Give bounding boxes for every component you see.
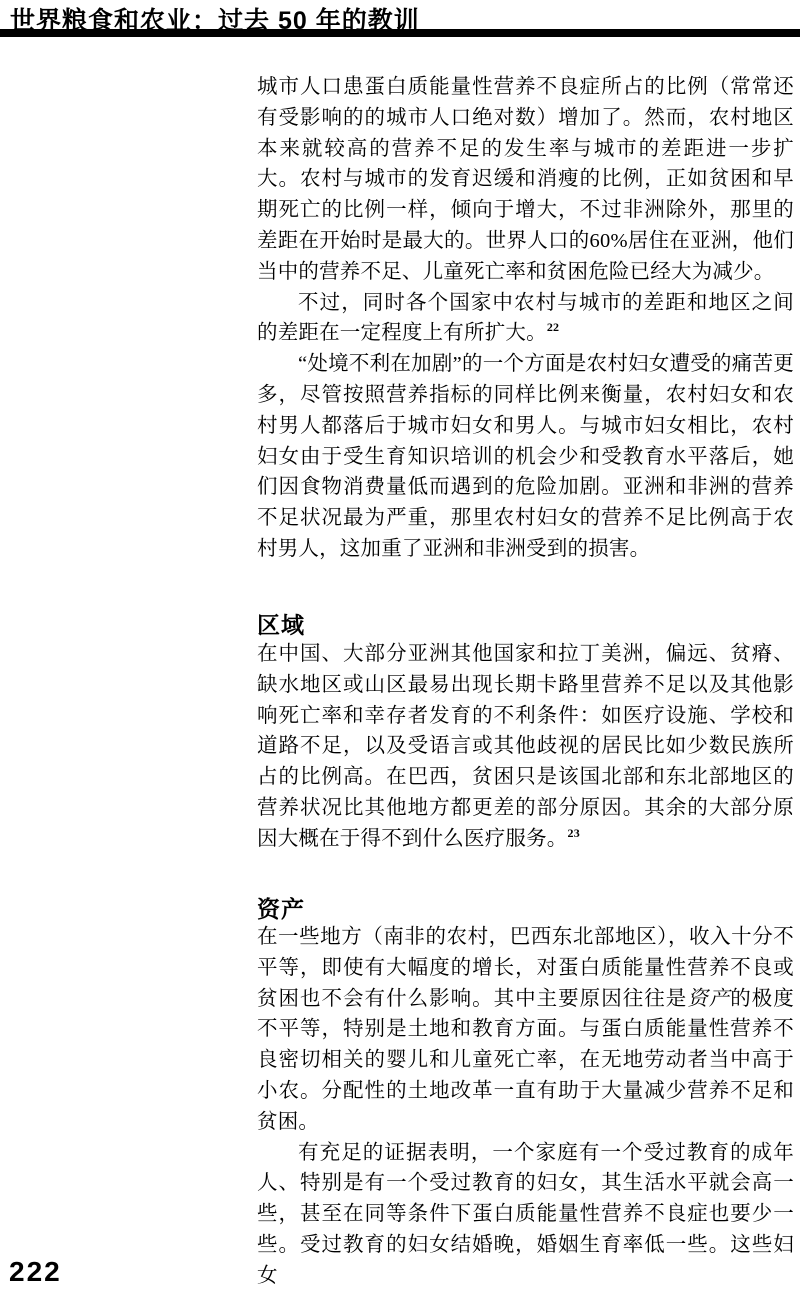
footnote-ref-23: 23 <box>568 826 580 840</box>
paragraph-gap-widening-text: 不过，同时各个国家中农村与城市的差距和地区之间的差距在一定程度上有所扩大。 <box>257 292 794 345</box>
paragraph-gap-widening: 不过，同时各个国家中农村与城市的差距和地区之间的差距在一定程度上有所扩大。22 <box>257 288 794 350</box>
page-number: 222 <box>9 1256 62 1288</box>
book-page: 世界粮食和农业：过去 50 年的教训 城市人口患蛋白质能量性营养不良症所占的比例… <box>0 0 800 1300</box>
footnote-ref-22: 22 <box>547 321 559 335</box>
paragraph-region: 在中国、大部分亚洲其他国家和拉丁美洲，偏远、贫瘠、缺水地区或山区最易出现长期卡路… <box>257 639 794 855</box>
text-block-assets: 在一些地方（南非的农村，巴西东北部地区），收入十分不平等，即使有大幅度的增长，对… <box>257 922 794 1292</box>
paragraph-assets-inequality: 在一些地方（南非的农村，巴西东北部地区），收入十分不平等，即使有大幅度的增长，对… <box>257 922 794 1138</box>
section-heading-assets: 资产 <box>257 891 305 924</box>
text-block-intro: 城市人口患蛋白质能量性营养不良症所占的比例（常常还有受影响的的城市人口绝对数）增… <box>257 72 794 565</box>
paragraph-education: 有充足的证据表明，一个家庭有一个受过教育的成年人、特别是有一个受过教育的妇女，其… <box>257 1138 794 1292</box>
paragraph-rural-women: “处境不利在加剧”的一个方面是农村妇女遭受的痛苦更多，尽管按照营养指标的同样比例… <box>257 349 794 565</box>
section-heading-region: 区域 <box>257 607 305 640</box>
paragraph-urban-rural: 城市人口患蛋白质能量性营养不良症所占的比例（常常还有受影响的的城市人口绝对数）增… <box>257 72 794 288</box>
paragraph-region-text: 在中国、大部分亚洲其他国家和拉丁美洲，偏远、贫瘠、缺水地区或山区最易出现长期卡路… <box>257 643 794 850</box>
header-rule <box>0 29 800 37</box>
text-block-region: 在中国、大部分亚洲其他国家和拉丁美洲，偏远、贫瘠、缺水地区或山区最易出现长期卡路… <box>257 639 794 855</box>
paragraph-assets-italic-term: 资产 <box>687 988 730 1010</box>
